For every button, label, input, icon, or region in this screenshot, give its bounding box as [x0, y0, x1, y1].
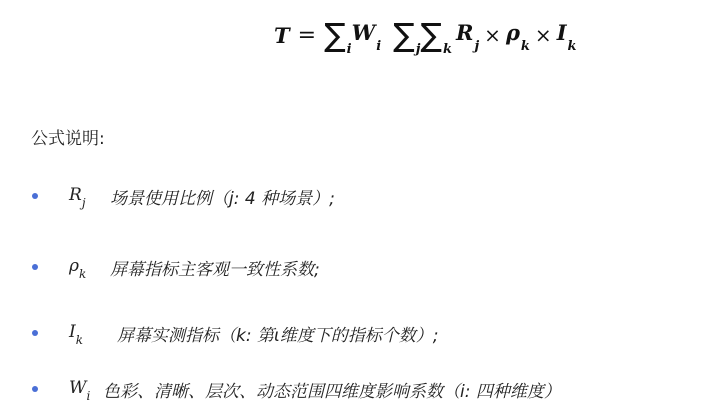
- item-text: 色彩、清晰、层次、动态范围四维度影响系数（i: 四种维度）: [103, 377, 561, 402]
- bullet-icon: [32, 264, 38, 270]
- variable-subscript: j: [82, 196, 86, 210]
- bullet-icon: [32, 386, 38, 392]
- variable-name: W: [69, 378, 86, 398]
- variable-symbol: Wi: [69, 378, 90, 400]
- variable-symbol: Ik: [69, 322, 83, 344]
- item-text: 场景使用比例（j: 4 种场景）;: [110, 184, 335, 209]
- variable-name: I: [69, 322, 76, 342]
- item-text: 屏幕实测指标（k: 第ι维度下的指标个数）;: [117, 321, 438, 346]
- item-text: 屏幕指标主客观一致性系数;: [110, 255, 320, 280]
- bullet-icon: [32, 193, 38, 199]
- variable-name: R: [69, 185, 82, 205]
- variable-symbol: Rj: [69, 185, 86, 207]
- variable-subscript: i: [86, 389, 90, 403]
- description-list: Rj 场景使用比例（j: 4 种场景）; ρk 屏幕指标主客观一致性系数; Ik…: [0, 0, 714, 412]
- variable-name: ρ: [69, 256, 79, 276]
- bullet-icon: [32, 330, 38, 336]
- variable-subscript: k: [79, 267, 86, 281]
- variable-symbol: ρk: [69, 256, 86, 278]
- variable-subscript: k: [76, 333, 83, 347]
